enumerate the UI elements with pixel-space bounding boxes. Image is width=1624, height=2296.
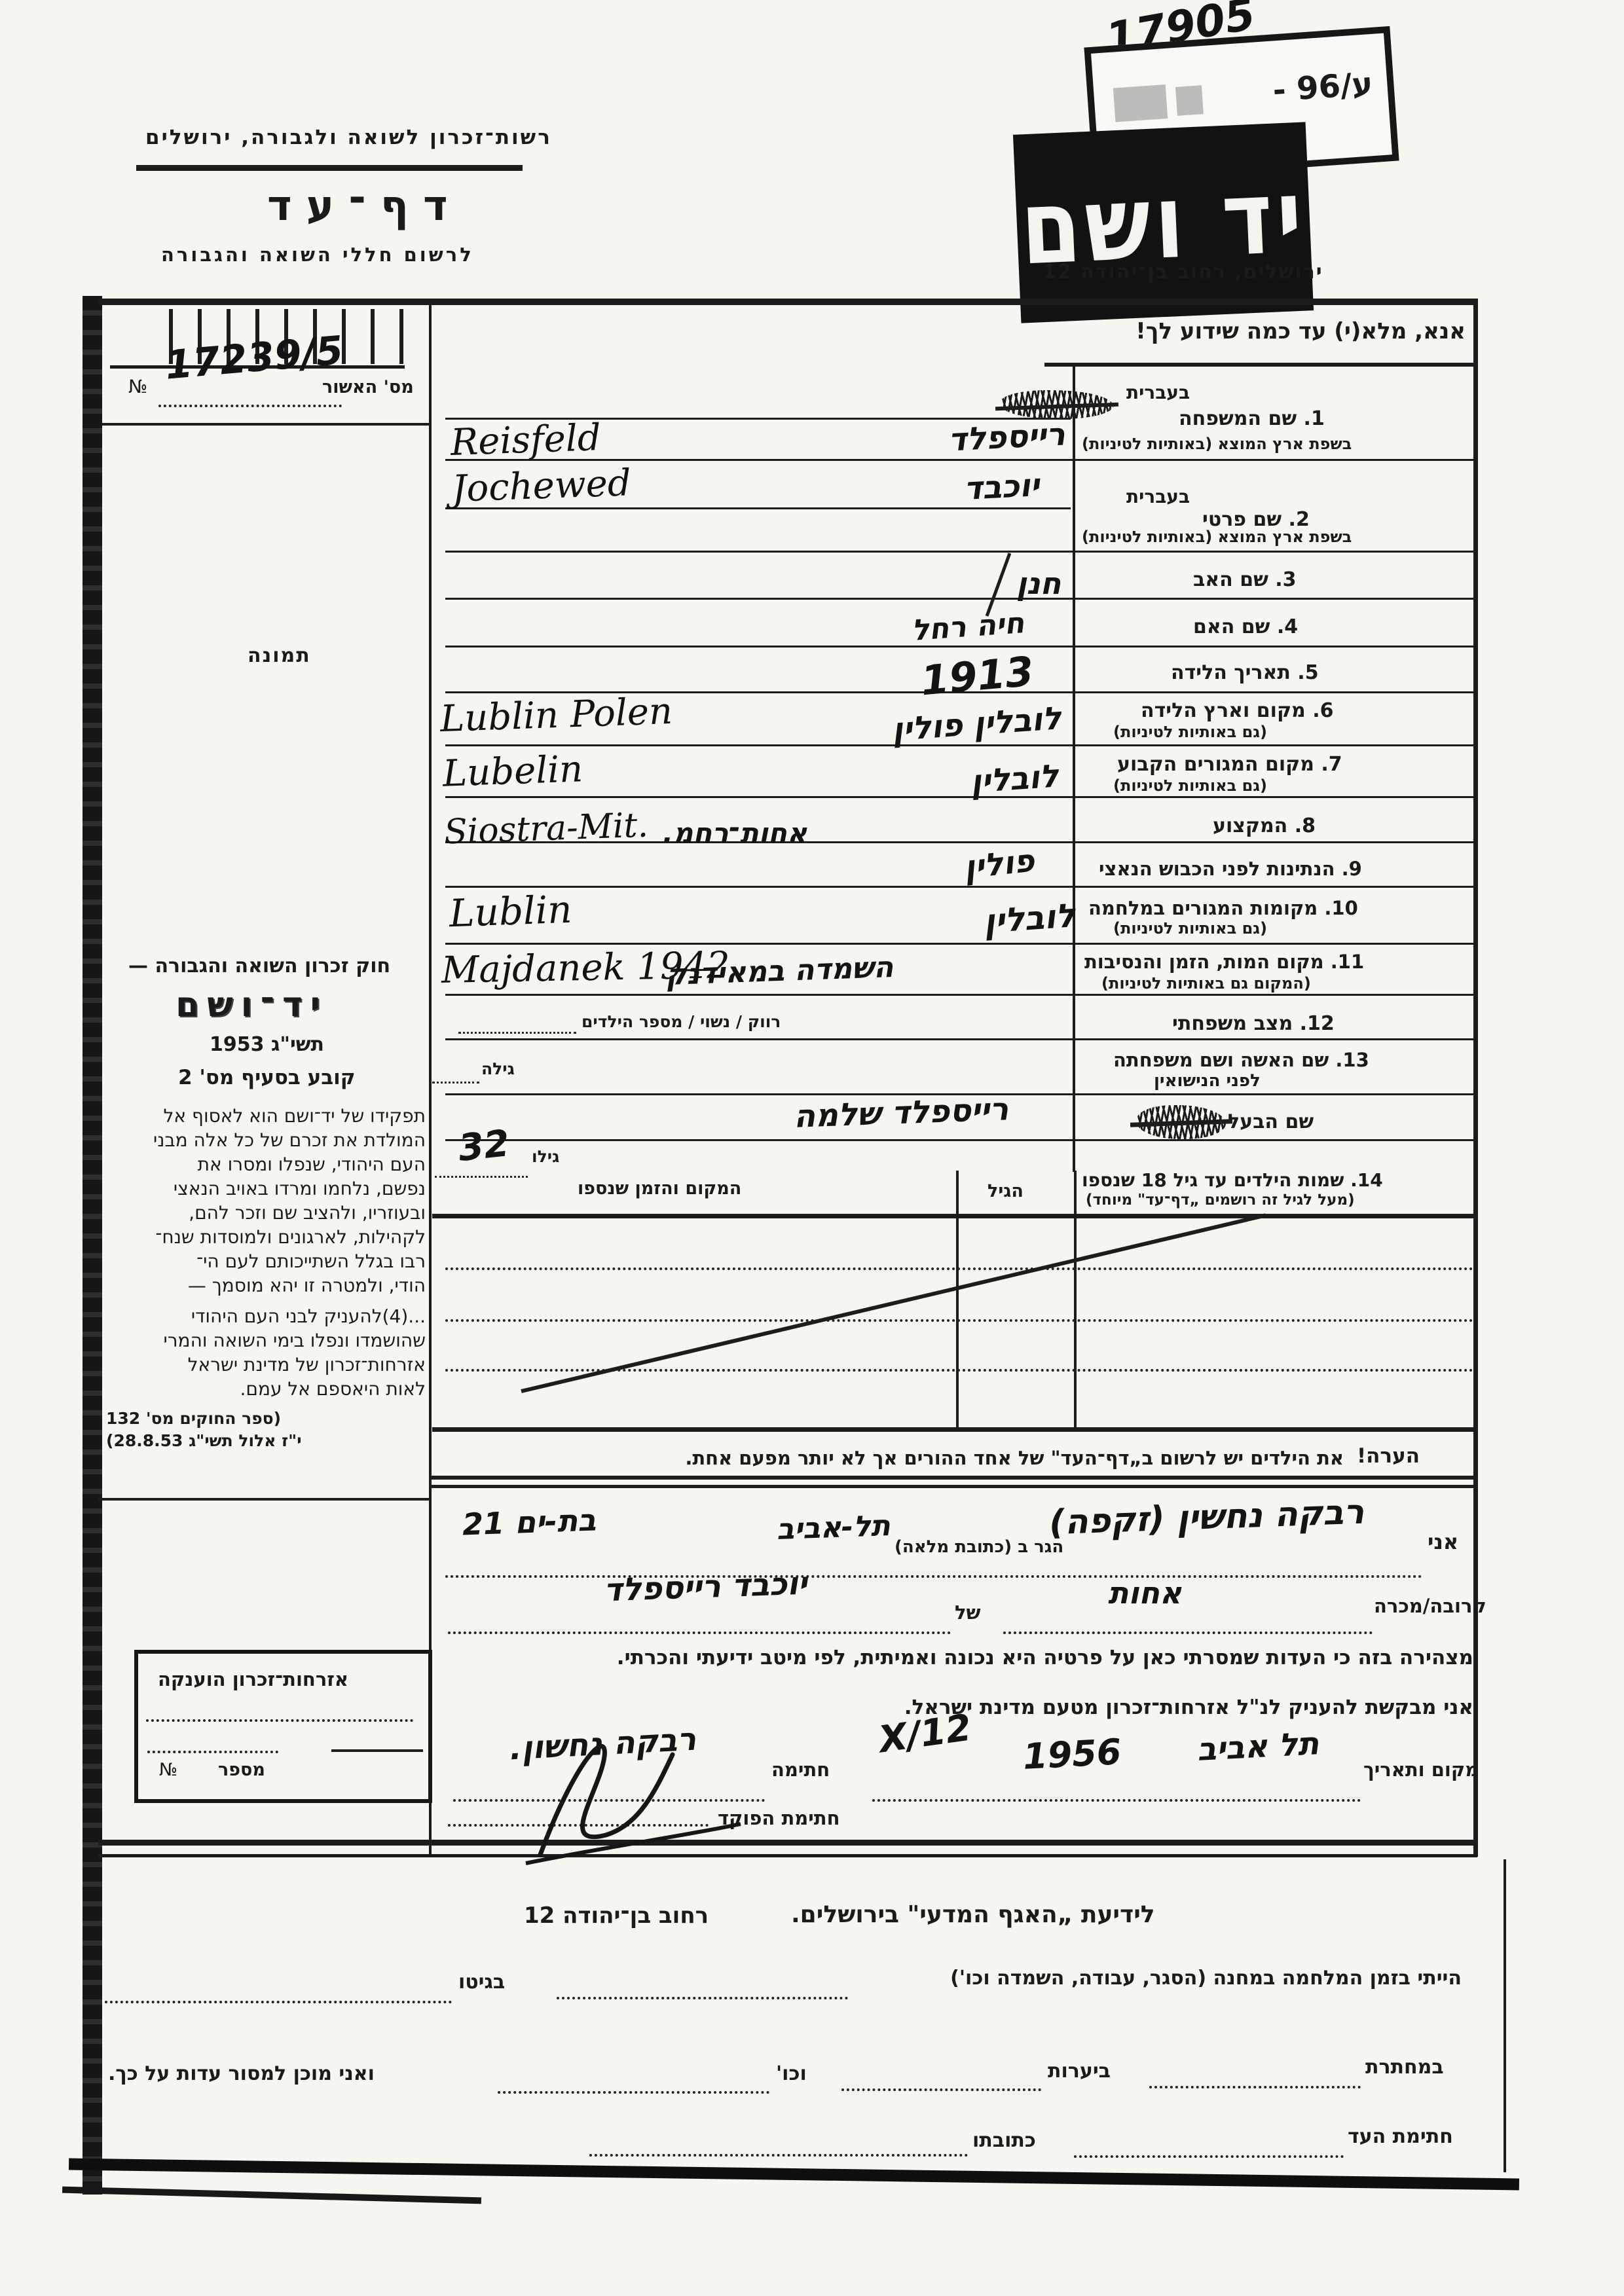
entry-residence-hebrew: לובלין xyxy=(969,757,1060,800)
table-vline xyxy=(1074,1171,1077,1429)
field12-label: 12. מצב משפחתי xyxy=(1172,1012,1335,1035)
law-logo-text: יד־ושם xyxy=(175,985,328,1025)
law-clause: ...(4)להעניק לבני העם היהודי שהושמדו ונפ… xyxy=(103,1304,426,1401)
rule-line xyxy=(445,507,1071,509)
table-bottom-rule xyxy=(432,1427,1477,1432)
granted-box-line xyxy=(146,1719,413,1722)
rule-line xyxy=(445,994,1473,996)
numero-sign: № xyxy=(128,376,147,397)
underground-label: במחתרת xyxy=(1365,2056,1444,2079)
her-age-line xyxy=(432,1082,479,1084)
rule-line xyxy=(445,886,1473,888)
field11-label: 11. מקום המות, הזמן והנסיבות xyxy=(1084,951,1364,973)
relation-handwritten: אחות xyxy=(1108,1575,1181,1611)
marital-options-printed: רווק / נשוי / מספר הילדים xyxy=(581,1012,781,1031)
granted-number-line xyxy=(147,1751,278,1753)
certificate-number-handwritten: 17239/5 xyxy=(163,327,344,388)
year-handwritten: 1956 xyxy=(1022,1731,1122,1777)
declaration-statement: מצהירה בזה כי העדות שמסרתי כאן על פרטיה … xyxy=(617,1646,1473,1669)
stamp-smudge xyxy=(1113,84,1168,122)
entry-husband-age: 32 xyxy=(456,1122,511,1170)
form-bottom-border xyxy=(98,1840,1477,1846)
entry-residence-latin: Lubelin xyxy=(442,748,583,795)
rule-line xyxy=(445,551,1473,553)
witness-signature-label: חתימת העד xyxy=(1348,2125,1453,2148)
answer-line xyxy=(557,1997,848,1999)
field5-label: 5. תאריך הלידה xyxy=(1171,661,1319,684)
table-row-line xyxy=(445,1267,1473,1270)
entry-profession-latin: Siostra-Mit. xyxy=(443,806,649,852)
declaration-line xyxy=(445,1575,1422,1578)
notice-title: לידיעת „האגף המדעי" בירושלים. xyxy=(791,1901,1155,1928)
yad-vashem-logo: יד ושם xyxy=(1013,122,1314,323)
scan-edge-band xyxy=(83,296,102,2195)
law-paragraph: תפקידו של יד־ושם הוא לאסוף אל המולדת את … xyxy=(103,1104,426,1298)
form-right-border xyxy=(1473,299,1478,1857)
table-column-age: הגיל xyxy=(987,1181,1024,1201)
field9-label: 9. הנתינות לפני הכבוש הנאצי xyxy=(1099,858,1362,880)
rule-line xyxy=(445,598,1473,600)
entry-family-name-hebrew: רייספלד xyxy=(948,416,1066,458)
left-column-rule-2 xyxy=(98,1498,429,1501)
rule-line xyxy=(445,796,1473,798)
camp-question-label: הייתי בזמן המלחמה במחנה (הסגר, עבודה, הש… xyxy=(950,1967,1462,1990)
instruction-underline xyxy=(1044,363,1477,367)
column-divider-right xyxy=(1073,367,1075,1172)
entry-profession-hebrew: אחות־רחמ. xyxy=(663,817,807,849)
memorial-citizenship-box: אזרחות־זכרון הוענקה № מספר xyxy=(134,1650,432,1803)
field3-label: 3. שם האב xyxy=(1193,568,1297,591)
note-text: את הילדים יש לרשום ב„דף־העד" של אחד ההור… xyxy=(685,1447,1344,1469)
entry-family-name-latin: Reisfeld xyxy=(450,416,602,464)
photo-placeholder-label: תמונה xyxy=(248,644,311,667)
rule-line xyxy=(445,646,1473,647)
entry-mother-name: חיה רחל xyxy=(910,606,1025,647)
form-subtitle: לרשום חללי השואה והגבורה xyxy=(161,244,474,266)
form-top-border xyxy=(98,299,1477,305)
form-bottom-border-2 xyxy=(98,1854,1477,1857)
answer-line xyxy=(498,2091,769,2094)
field1-sublabel: בשפת ארץ המוצא (באותיות לטיניות) xyxy=(1082,435,1352,453)
certificate-number-line xyxy=(158,405,342,407)
entry-war-place-latin: Lublin xyxy=(449,887,573,936)
victim-name-handwritten: יוכבד רייספלד xyxy=(603,1565,807,1609)
rule-line xyxy=(445,1139,1473,1141)
law-title: חוק זכרון השואה והגבורה — xyxy=(128,955,390,977)
answer-line xyxy=(1074,2155,1344,2158)
declarant-address-2: בת-ים 21 xyxy=(462,1502,597,1542)
testimony-page-scan: רשות־זכרון לשואה ולגבורה, ירושלים דף־עד … xyxy=(0,0,1624,2296)
law-year: תשי"ג 1953 xyxy=(210,1033,324,1056)
answer-line xyxy=(105,2001,452,2003)
field7-sublabel: (גם באותיות לטיניות) xyxy=(1113,776,1267,795)
bottom-heavy-bar-2 xyxy=(62,2187,481,2204)
declaration-line xyxy=(1003,1631,1373,1634)
relation-label: קרובה/מכרה xyxy=(1374,1595,1486,1617)
answer-line xyxy=(841,2088,1041,2091)
official-signature-scrawl xyxy=(521,1714,743,1868)
column-divider-left xyxy=(429,299,432,1855)
double-rule-1 xyxy=(430,1476,1477,1480)
declarant-name-handwritten: רבקה נחשין (זקפה) xyxy=(1048,1493,1365,1543)
table-row-line xyxy=(445,1319,1473,1322)
entry-birth-place-latin: Lublin Polen xyxy=(439,690,673,740)
field11-sublabel: (המקום גם באותיות לטיניות) xyxy=(1101,974,1311,993)
place-date-label: מקום ותאריך xyxy=(1363,1758,1479,1781)
granted-number-label: מספר xyxy=(218,1760,265,1780)
left-column-rule xyxy=(102,423,429,426)
law-section: קובע בסעיף מס' 2 xyxy=(178,1066,356,1089)
of-label: של xyxy=(955,1601,981,1624)
entry-first-name-hebrew: יוכבד xyxy=(963,467,1041,507)
entry-birth-year: 1913 xyxy=(919,647,1035,705)
field2-sublabel: בשפת ארץ המוצא (באותיות לטיניות) xyxy=(1082,528,1352,546)
double-rule-2 xyxy=(430,1485,1477,1488)
field13-sublabel: לפני הנישואין xyxy=(1154,1071,1261,1091)
answer-line xyxy=(589,2154,968,2157)
granted-numero-sign: № xyxy=(159,1760,177,1780)
declarant-address-1: תל-אביב xyxy=(776,1509,891,1546)
header-underline xyxy=(136,165,523,171)
rule-line xyxy=(445,459,1473,461)
his-age-line xyxy=(435,1176,528,1178)
ready-to-testify-label: ואני מוכן למסור עדות על כך. xyxy=(108,2062,375,2085)
field6-sublabel: (גם באותיות לטיניות) xyxy=(1113,723,1267,741)
certificate-number-label: מס' האשור xyxy=(322,377,414,397)
answer-line xyxy=(1149,2086,1361,2088)
granted-box-title: אזרחות־זכרון הוענקה xyxy=(158,1668,348,1690)
her-age-label: גילה xyxy=(481,1059,515,1078)
entry-first-name-latin: Jochewed xyxy=(451,462,632,511)
field10-sublabel: (גם באותיות לטיניות) xyxy=(1113,919,1267,938)
table-cancel-diagonal xyxy=(521,1213,1266,1393)
table-top-rule xyxy=(432,1214,1477,1218)
stamp-smudge xyxy=(1175,85,1204,116)
law-source-note: (ספר החוקים מס' 132 י"ז אלול תשי"ג 28.8.… xyxy=(106,1408,381,1452)
stamp-number: ע/96 - xyxy=(1272,65,1374,109)
etc-label: וכו' xyxy=(776,2062,807,2085)
field14-sublabel: (מעל לגיל זה רושמים „דף־עד" מיוחד) xyxy=(1086,1192,1355,1209)
husband-name-label: שם הבעל xyxy=(1228,1110,1314,1133)
entry-death-place-hebrew: השמדה במאידנק xyxy=(665,951,894,992)
field4-label: 4. שם האם xyxy=(1193,615,1298,638)
witness-address-label: כתובתו xyxy=(972,2129,1036,2152)
rule-line xyxy=(445,943,1473,945)
form-title: דף־עד xyxy=(267,182,462,230)
field2-prelabel: בעברית xyxy=(1126,486,1190,507)
bottom-box-right-border xyxy=(1504,1859,1506,2172)
entry-birth-place-hebrew: לובלין פולין xyxy=(891,700,1062,748)
rule-line xyxy=(445,1038,1473,1040)
citizenship-request: אני מבקשת להעניק לנ"ל אזרחות־זכרון מטעם … xyxy=(904,1696,1473,1719)
entry-father-name: חנן xyxy=(1016,566,1061,601)
entry-war-place-hebrew: לובלין xyxy=(982,896,1077,941)
office-address: ירושלים, רחוב בן־יהודה 12 xyxy=(1043,261,1323,283)
org-name: רשות־זכרון לשואה ולגבורה, ירושלים xyxy=(145,126,552,149)
bottom-heavy-bar xyxy=(69,2159,1519,2191)
entry-husband-name: רייספלד שלמה xyxy=(793,1091,1009,1135)
forests-label: ביערות xyxy=(1048,2060,1111,2083)
field10-label: 10. מקומות המגורים במלחמה xyxy=(1088,897,1358,919)
declaration-line xyxy=(872,1799,1361,1802)
table-column-place: המקום והזמן שנספו xyxy=(578,1178,741,1199)
declaration-line xyxy=(448,1631,951,1634)
table-vline xyxy=(956,1171,959,1429)
fill-instruction: אנא, מלא(י) עד כמה שידוע לך! xyxy=(1080,318,1466,344)
notice-title-address: רחוב בן־יהודה 12 xyxy=(524,1903,709,1929)
rule-line xyxy=(445,744,1473,746)
field6-label: 6. מקום וארץ הלידה xyxy=(1141,699,1333,722)
day-month-handwritten: 12/X xyxy=(876,1706,974,1761)
residing-at-label: הגר ב (כתובת מלאה) xyxy=(895,1537,1063,1557)
field1-label: 1. שם המשפחה xyxy=(1179,407,1325,430)
field14-label: 14. שמות הילדים עד גיל 18 שנספו xyxy=(1082,1169,1383,1191)
entry-citizenship: פולין xyxy=(962,843,1036,886)
signature-label: חתימה xyxy=(771,1758,830,1781)
field13-label: 13. שם האשה ושם משפחתה xyxy=(1113,1049,1369,1071)
field8-label: 8. המקצוע xyxy=(1213,814,1316,837)
ghetto-label: בגיטו xyxy=(458,1971,505,1994)
granted-box-line-2 xyxy=(331,1749,423,1752)
field7-label: 7. מקום המגורים הקבוע xyxy=(1117,753,1342,776)
declarant-i-label: אני xyxy=(1428,1529,1458,1554)
marital-dotted-line xyxy=(458,1032,576,1034)
note-label: הערה! xyxy=(1357,1444,1420,1468)
his-age-label: גילו xyxy=(532,1147,559,1166)
field1-prelabel: בעברית xyxy=(1126,382,1190,403)
place-handwritten: תל אביב xyxy=(1196,1725,1320,1768)
